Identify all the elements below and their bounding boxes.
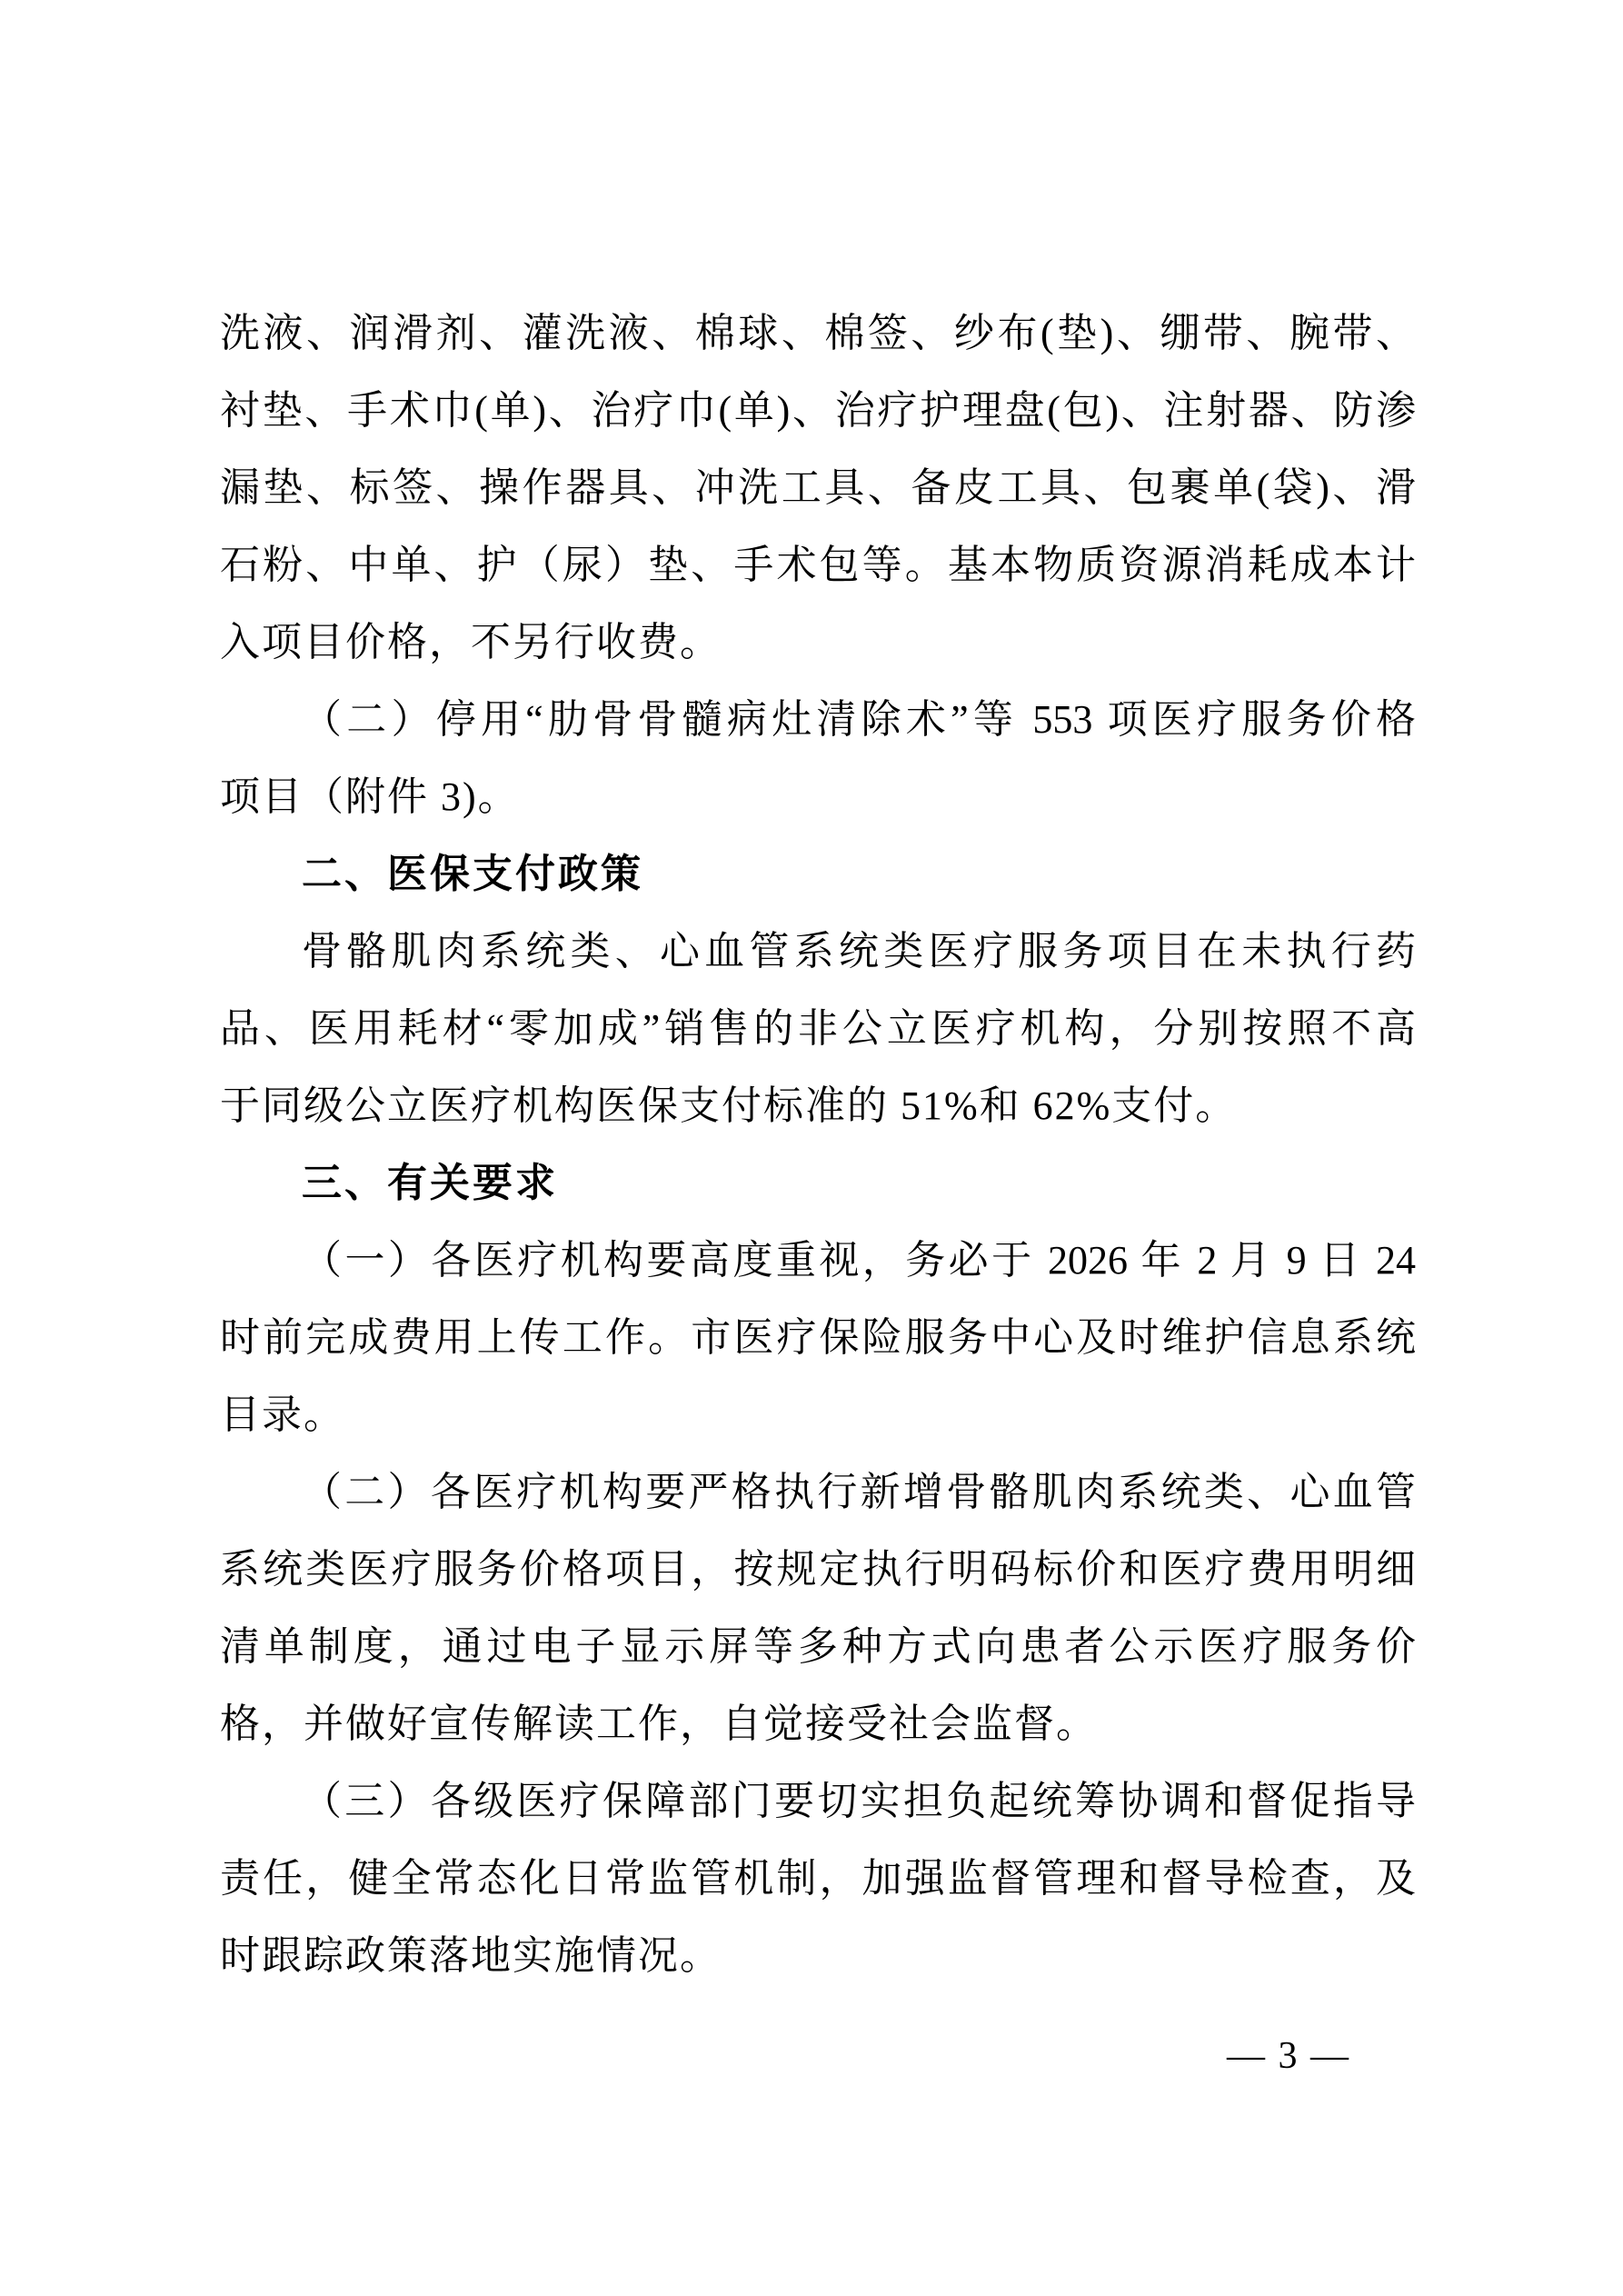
body-line: 漏垫、标签、操作器具、冲洗工具、备皮工具、包裹单(袋)、滑 bbox=[220, 449, 1416, 526]
body-line: （二）各医疗机构要严格执行新增骨骼肌肉系统类、心血管 bbox=[220, 1453, 1416, 1531]
body-line: 品、医用耗材“零加成”销售的非公立医疗机构，分别按照不高 bbox=[220, 990, 1416, 1067]
body-line: 清单制度，通过电子显示屏等多种方式向患者公示医疗服务价 bbox=[220, 1608, 1416, 1685]
body-line: 于同级公立医疗机构医保支付标准的 51%和 62%支付。 bbox=[220, 1067, 1416, 1144]
body-line: 入项目价格，不另行收费。 bbox=[220, 604, 1416, 681]
body-line: 洗液、润滑剂、灌洗液、棉球、棉签、纱布(垫)、绷带、腕带、 bbox=[220, 294, 1416, 372]
body-line: 责任，健全常态化日常监管机制，加强监督管理和督导检查，及 bbox=[220, 1840, 1416, 1917]
body-line: 石粉、中单、护（尿）垫、手术包等。基本物质资源消耗成本计 bbox=[220, 526, 1416, 604]
section-heading: 三、有关要求 bbox=[220, 1144, 1416, 1222]
body-line: 衬垫、手术巾(单)、治疗巾(单)、治疗护理盘(包)、注射器、防渗 bbox=[220, 372, 1416, 449]
body-line: 项目（附件 3)。 bbox=[220, 758, 1416, 835]
document-body: 洗液、润滑剂、灌洗液、棉球、棉签、纱布(垫)、绷带、腕带、 衬垫、手术巾(单)、… bbox=[220, 294, 1416, 1994]
document-page: { "document": { "lines": [ "洗液、润滑剂、灌洗液、棉… bbox=[0, 0, 1623, 2296]
body-line: 目录。 bbox=[220, 1376, 1416, 1453]
body-line: （一）各医疗机构要高度重视，务必于 2026 年 2 月 9 日 24 bbox=[220, 1222, 1416, 1299]
body-line: （二）停用“肋骨骨髓病灶清除术”等 553 项医疗服务价格 bbox=[220, 681, 1416, 758]
section-heading: 二、医保支付政策 bbox=[220, 835, 1416, 913]
body-line: 时跟踪政策落地实施情况。 bbox=[220, 1917, 1416, 1994]
body-line: （三）各级医疗保障部门要切实担负起统筹协调和督促指导 bbox=[220, 1762, 1416, 1840]
body-line: 系统类医疗服务价格项目，按规定执行明码标价和医疗费用明细 bbox=[220, 1531, 1416, 1608]
body-line: 骨骼肌肉系统类、心血管系统类医疗服务项目在未执行药 bbox=[220, 913, 1416, 990]
page-number: — 3 — bbox=[1218, 2036, 1359, 2076]
body-line: 格，并做好宣传解读工作，自觉接受社会监督。 bbox=[220, 1685, 1416, 1762]
body-line: 时前完成费用上传工作。市医疗保险服务中心及时维护信息系统 bbox=[220, 1299, 1416, 1376]
